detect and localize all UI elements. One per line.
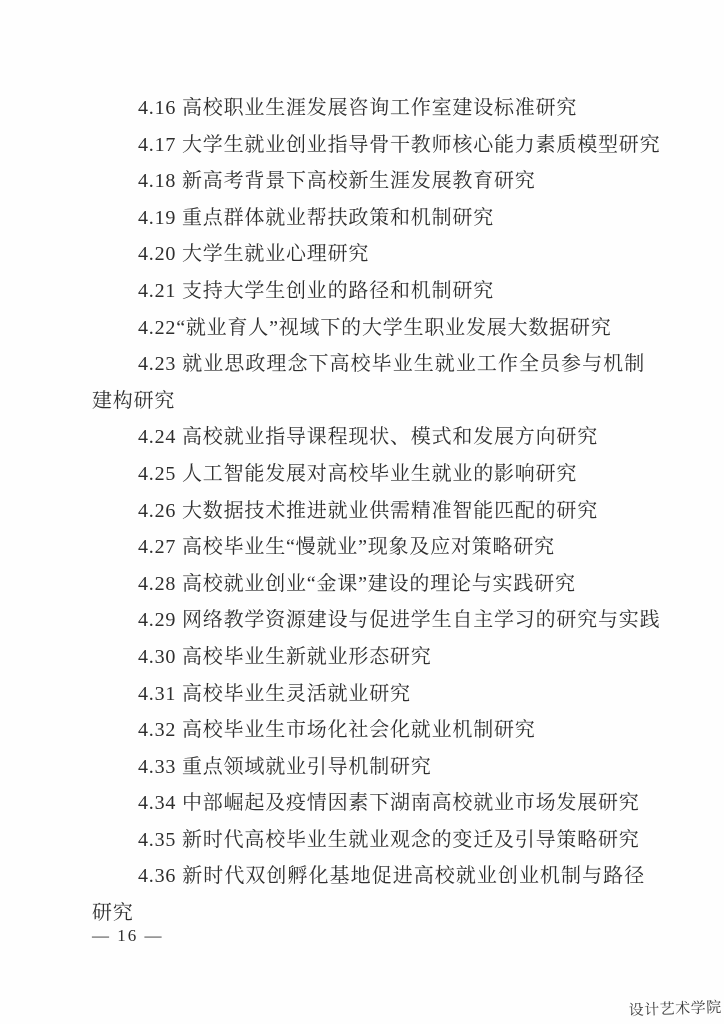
- document-line: 建构研究: [92, 383, 645, 420]
- document-line: 4.32 高校毕业生市场化社会化就业机制研究: [92, 712, 645, 749]
- document-line: 4.33 重点领域就业引导机制研究: [92, 749, 645, 786]
- document-line: 4.25 人工智能发展对高校毕业生就业的影响研究: [92, 456, 645, 493]
- document-line: 4.24 高校就业指导课程现状、模式和发展方向研究: [92, 419, 645, 456]
- document-line: 4.20 大学生就业心理研究: [92, 236, 645, 273]
- document-line: 4.30 高校毕业生新就业形态研究: [92, 639, 645, 676]
- topic-list: 4.16 高校职业生涯发展咨询工作室建设标准研究4.17 大学生就业创业指导骨干…: [92, 90, 645, 932]
- page-number: — 16 —: [92, 926, 164, 946]
- document-line: 4.19 重点群体就业帮扶政策和机制研究: [92, 200, 645, 237]
- document-line: 4.26 大数据技术推进就业供需精准智能匹配的研究: [92, 493, 645, 530]
- document-line: 4.35 新时代高校毕业生就业观念的变迁及引导策略研究: [92, 822, 645, 859]
- document-line: 4.16 高校职业生涯发展咨询工作室建设标准研究: [92, 90, 645, 127]
- document-line: 4.18 新高考背景下高校新生涯发展教育研究: [92, 163, 645, 200]
- document-line: 4.36 新时代双创孵化基地促进高校就业创业机制与路径: [92, 858, 645, 895]
- document-line: 研究: [92, 895, 645, 932]
- document-line: 4.17 大学生就业创业指导骨干教师核心能力素质模型研究: [92, 127, 645, 164]
- document-line: 4.28 高校就业创业“金课”建设的理论与实践研究: [92, 566, 645, 603]
- document-line: 4.29 网络教学资源建设与促进学生自主学习的研究与实践: [92, 602, 645, 639]
- document-line: 4.27 高校毕业生“慢就业”现象及应对策略研究: [92, 529, 645, 566]
- document-line: 4.22“就业育人”视域下的大学生职业发展大数据研究: [92, 310, 645, 347]
- document-line: 4.23 就业思政理念下高校毕业生就业工作全员参与机制: [92, 346, 645, 383]
- watermark-text: 设计艺术学院: [628, 996, 722, 1020]
- document-page: 4.16 高校职业生涯发展咨询工作室建设标准研究4.17 大学生就业创业指导骨干…: [0, 0, 724, 1024]
- document-line: 4.31 高校毕业生灵活就业研究: [92, 676, 645, 713]
- document-line: 4.21 支持大学生创业的路径和机制研究: [92, 273, 645, 310]
- document-line: 4.34 中部崛起及疫情因素下湖南高校就业市场发展研究: [92, 785, 645, 822]
